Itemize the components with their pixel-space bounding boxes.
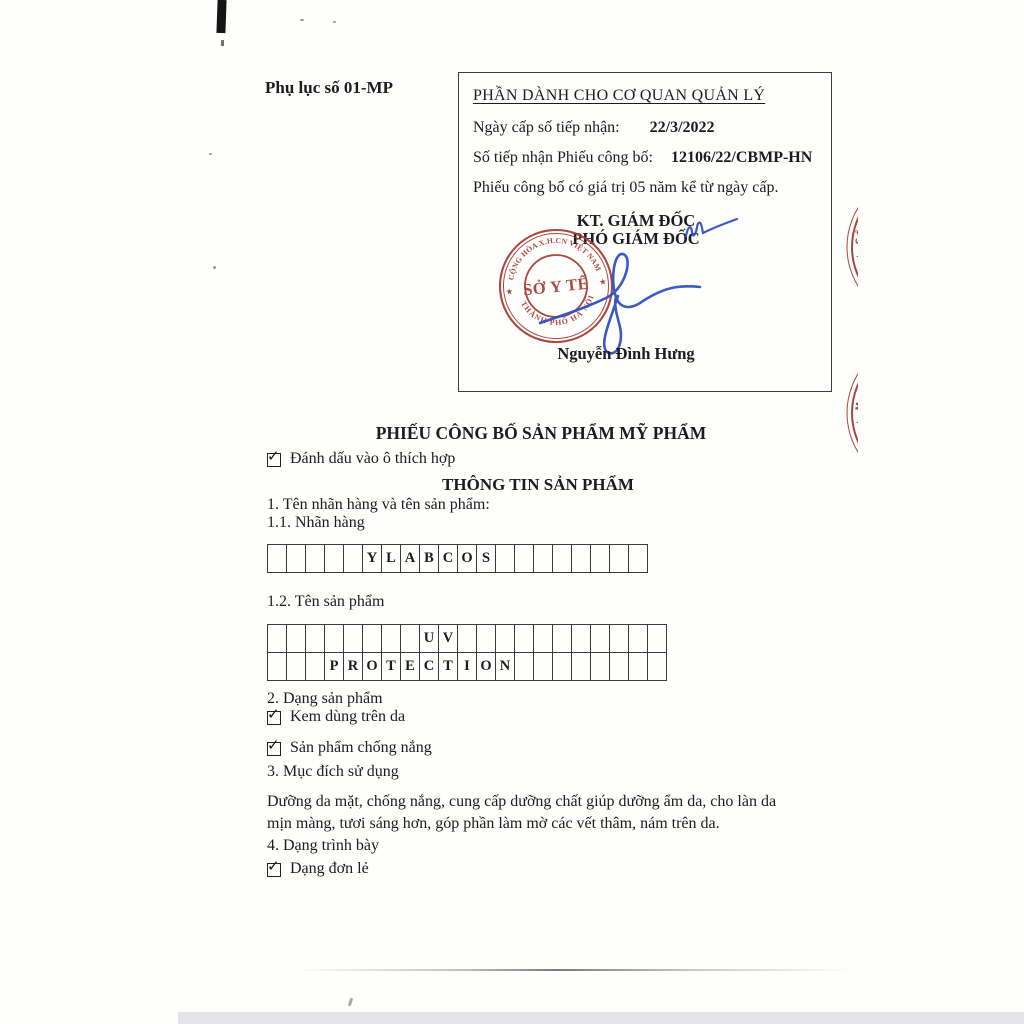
grid-empty-cell <box>325 625 344 652</box>
grid-empty-cell <box>287 625 306 652</box>
grid-empty-cell <box>496 625 515 652</box>
grid-letter-cell: O <box>458 545 477 572</box>
grid-empty-cell <box>515 625 534 652</box>
grid-empty-cell <box>458 625 477 652</box>
grid-empty-cell <box>610 653 629 680</box>
grid-empty-cell <box>534 545 553 572</box>
checkbox-instruction-label: Đánh dấu vào ô thích hợp <box>290 450 455 468</box>
grid-empty-cell <box>268 625 287 652</box>
edge-stamp-fragment-upper: ★ CÔNG <box>830 197 858 297</box>
grid-letter-cell: A <box>401 545 420 572</box>
grid-empty-cell <box>325 545 344 572</box>
grid-letter-cell: R <box>344 653 363 680</box>
grid-letter-cell: T <box>439 653 458 680</box>
checkbox-instruction-line: Đánh dấu vào ô thích hợp <box>267 450 455 468</box>
grid-empty-cell <box>572 545 591 572</box>
grid-empty-cell <box>591 545 610 572</box>
item2-option2-label: Sản phẩm chống nắng <box>290 739 432 757</box>
grid-empty-cell <box>648 653 666 680</box>
grid-letter-cell: I <box>458 653 477 680</box>
grid-empty-cell <box>477 625 496 652</box>
checked-checkbox-icon <box>267 453 281 467</box>
document-title: PHIẾU CÔNG BỐ SẢN PHẨM MỸ PHẨM <box>270 423 812 443</box>
grid-letter-cell: S <box>477 545 496 572</box>
grid-empty-cell <box>287 653 306 680</box>
product-name-grid: UV PROTECTION <box>267 624 667 681</box>
edge-stamp-fragment-lower: ★ M.S.Đ <box>830 363 858 463</box>
grid-empty-cell <box>363 625 382 652</box>
grid-empty-cell <box>553 545 572 572</box>
grid-empty-cell <box>648 625 666 652</box>
grid-letter-cell: U <box>420 625 439 652</box>
grid-empty-cell <box>553 625 572 652</box>
scanner-edge-mark <box>216 0 226 33</box>
receipt-date-row: Ngày cấp số tiếp nhận: 22/3/2022 <box>473 119 715 137</box>
item4-label: 4. Dạng trình bày <box>267 837 379 855</box>
item4-option-label: Dạng đơn lẻ <box>290 860 369 878</box>
signer-name: Nguyễn Đình Hưng <box>540 345 712 364</box>
item1-label: 1. Tên nhãn hàng và tên sản phẩm: <box>267 496 490 514</box>
receipt-date-value: 22/3/2022 <box>650 119 715 137</box>
grid-empty-cell <box>268 545 287 572</box>
grid-empty-cell <box>401 625 420 652</box>
grid-empty-cell <box>629 625 648 652</box>
appendix-label: Phụ lục số 01-MP <box>265 78 393 98</box>
grid-empty-cell <box>515 653 534 680</box>
grid-empty-cell <box>629 545 647 572</box>
section-heading: THÔNG TIN SẢN PHẨM <box>267 475 809 495</box>
grid-empty-cell <box>287 545 306 572</box>
grid-letter-cell: Y <box>363 545 382 572</box>
grid-empty-cell <box>344 545 363 572</box>
grid-empty-cell <box>591 625 610 652</box>
receipt-number-value: 12106/22/CBMP-HN <box>671 149 812 167</box>
grid-letter-cell: O <box>363 653 382 680</box>
receipt-number-label: Số tiếp nhận Phiếu công bố: <box>473 149 653 167</box>
grid-empty-cell <box>629 653 648 680</box>
stamp-left-star-icon: ★ <box>505 287 514 298</box>
scanned-document-page: Phụ lục số 01-MP PHẦN DÀNH CHO CƠ QUAN Q… <box>0 0 1024 1024</box>
validity-note-row: Phiếu công bố có giá trị 05 năm kể từ ng… <box>473 179 778 197</box>
grid-empty-cell <box>496 545 515 572</box>
grid-letter-cell: P <box>325 653 344 680</box>
item2-option1-line: Kem dùng trên da <box>267 708 405 726</box>
grid-letter-cell: E <box>401 653 420 680</box>
grid-empty-cell <box>534 625 553 652</box>
validity-note: Phiếu công bố có giá trị 05 năm kể từ ng… <box>473 179 778 197</box>
grid-empty-cell <box>534 653 553 680</box>
scan-fold-line <box>296 969 852 971</box>
grid-empty-cell <box>610 625 629 652</box>
initial-ink-flourish <box>680 212 740 244</box>
checked-checkbox-icon <box>267 711 281 725</box>
checked-checkbox-icon <box>267 863 281 877</box>
grid-empty-cell <box>572 625 591 652</box>
brand-name-grid: YLABCOS <box>267 544 648 573</box>
dust-speck <box>209 153 212 155</box>
grid-empty-cell <box>553 653 572 680</box>
grid-empty-cell <box>306 653 325 680</box>
grid-empty-cell <box>268 653 287 680</box>
scanner-edge-mark-tail <box>221 40 224 46</box>
grid-letter-cell: C <box>420 653 439 680</box>
item1-2-label: 1.2. Tên sản phẩm <box>267 593 384 611</box>
grid-letter-cell: N <box>496 653 515 680</box>
scan-bottom-bar <box>178 1012 1024 1024</box>
item3-label: 3. Mục đích sử dụng <box>267 763 399 781</box>
item2-option2-line: Sản phẩm chống nắng <box>267 739 432 757</box>
dust-speck <box>333 21 336 23</box>
grid-letter-cell: T <box>382 653 401 680</box>
grid-empty-cell <box>591 653 610 680</box>
grid-empty-cell <box>344 625 363 652</box>
usage-purpose-text: Dưỡng da mặt, chống nắng, cung cấp dưỡng… <box>267 791 799 834</box>
grid-letter-cell: B <box>420 545 439 572</box>
grid-empty-cell <box>306 545 325 572</box>
receipt-date-label: Ngày cấp số tiếp nhận: <box>473 119 620 137</box>
item2-option1-label: Kem dùng trên da <box>290 708 405 726</box>
grid-letter-cell: O <box>477 653 496 680</box>
item2-label: 2. Dạng sản phẩm <box>267 690 383 708</box>
item1-sub-label: 1.1. Nhãn hàng <box>267 514 365 532</box>
checked-checkbox-icon <box>267 742 281 756</box>
grid-letter-cell: L <box>382 545 401 572</box>
dust-speck <box>213 266 216 269</box>
dust-speck <box>300 19 304 21</box>
item4-option-line: Dạng đơn lẻ <box>267 860 369 878</box>
grid-letter-cell: V <box>439 625 458 652</box>
grid-empty-cell <box>382 625 401 652</box>
dust-speck <box>348 998 353 1007</box>
grid-empty-cell <box>306 625 325 652</box>
grid-empty-cell <box>610 545 629 572</box>
authority-box-heading: PHẦN DÀNH CHO CƠ QUAN QUẢN LÝ <box>473 87 765 105</box>
grid-empty-cell <box>572 653 591 680</box>
receipt-number-row: Số tiếp nhận Phiếu công bố: 12106/22/CBM… <box>473 149 812 167</box>
grid-letter-cell: C <box>439 545 458 572</box>
grid-empty-cell <box>515 545 534 572</box>
